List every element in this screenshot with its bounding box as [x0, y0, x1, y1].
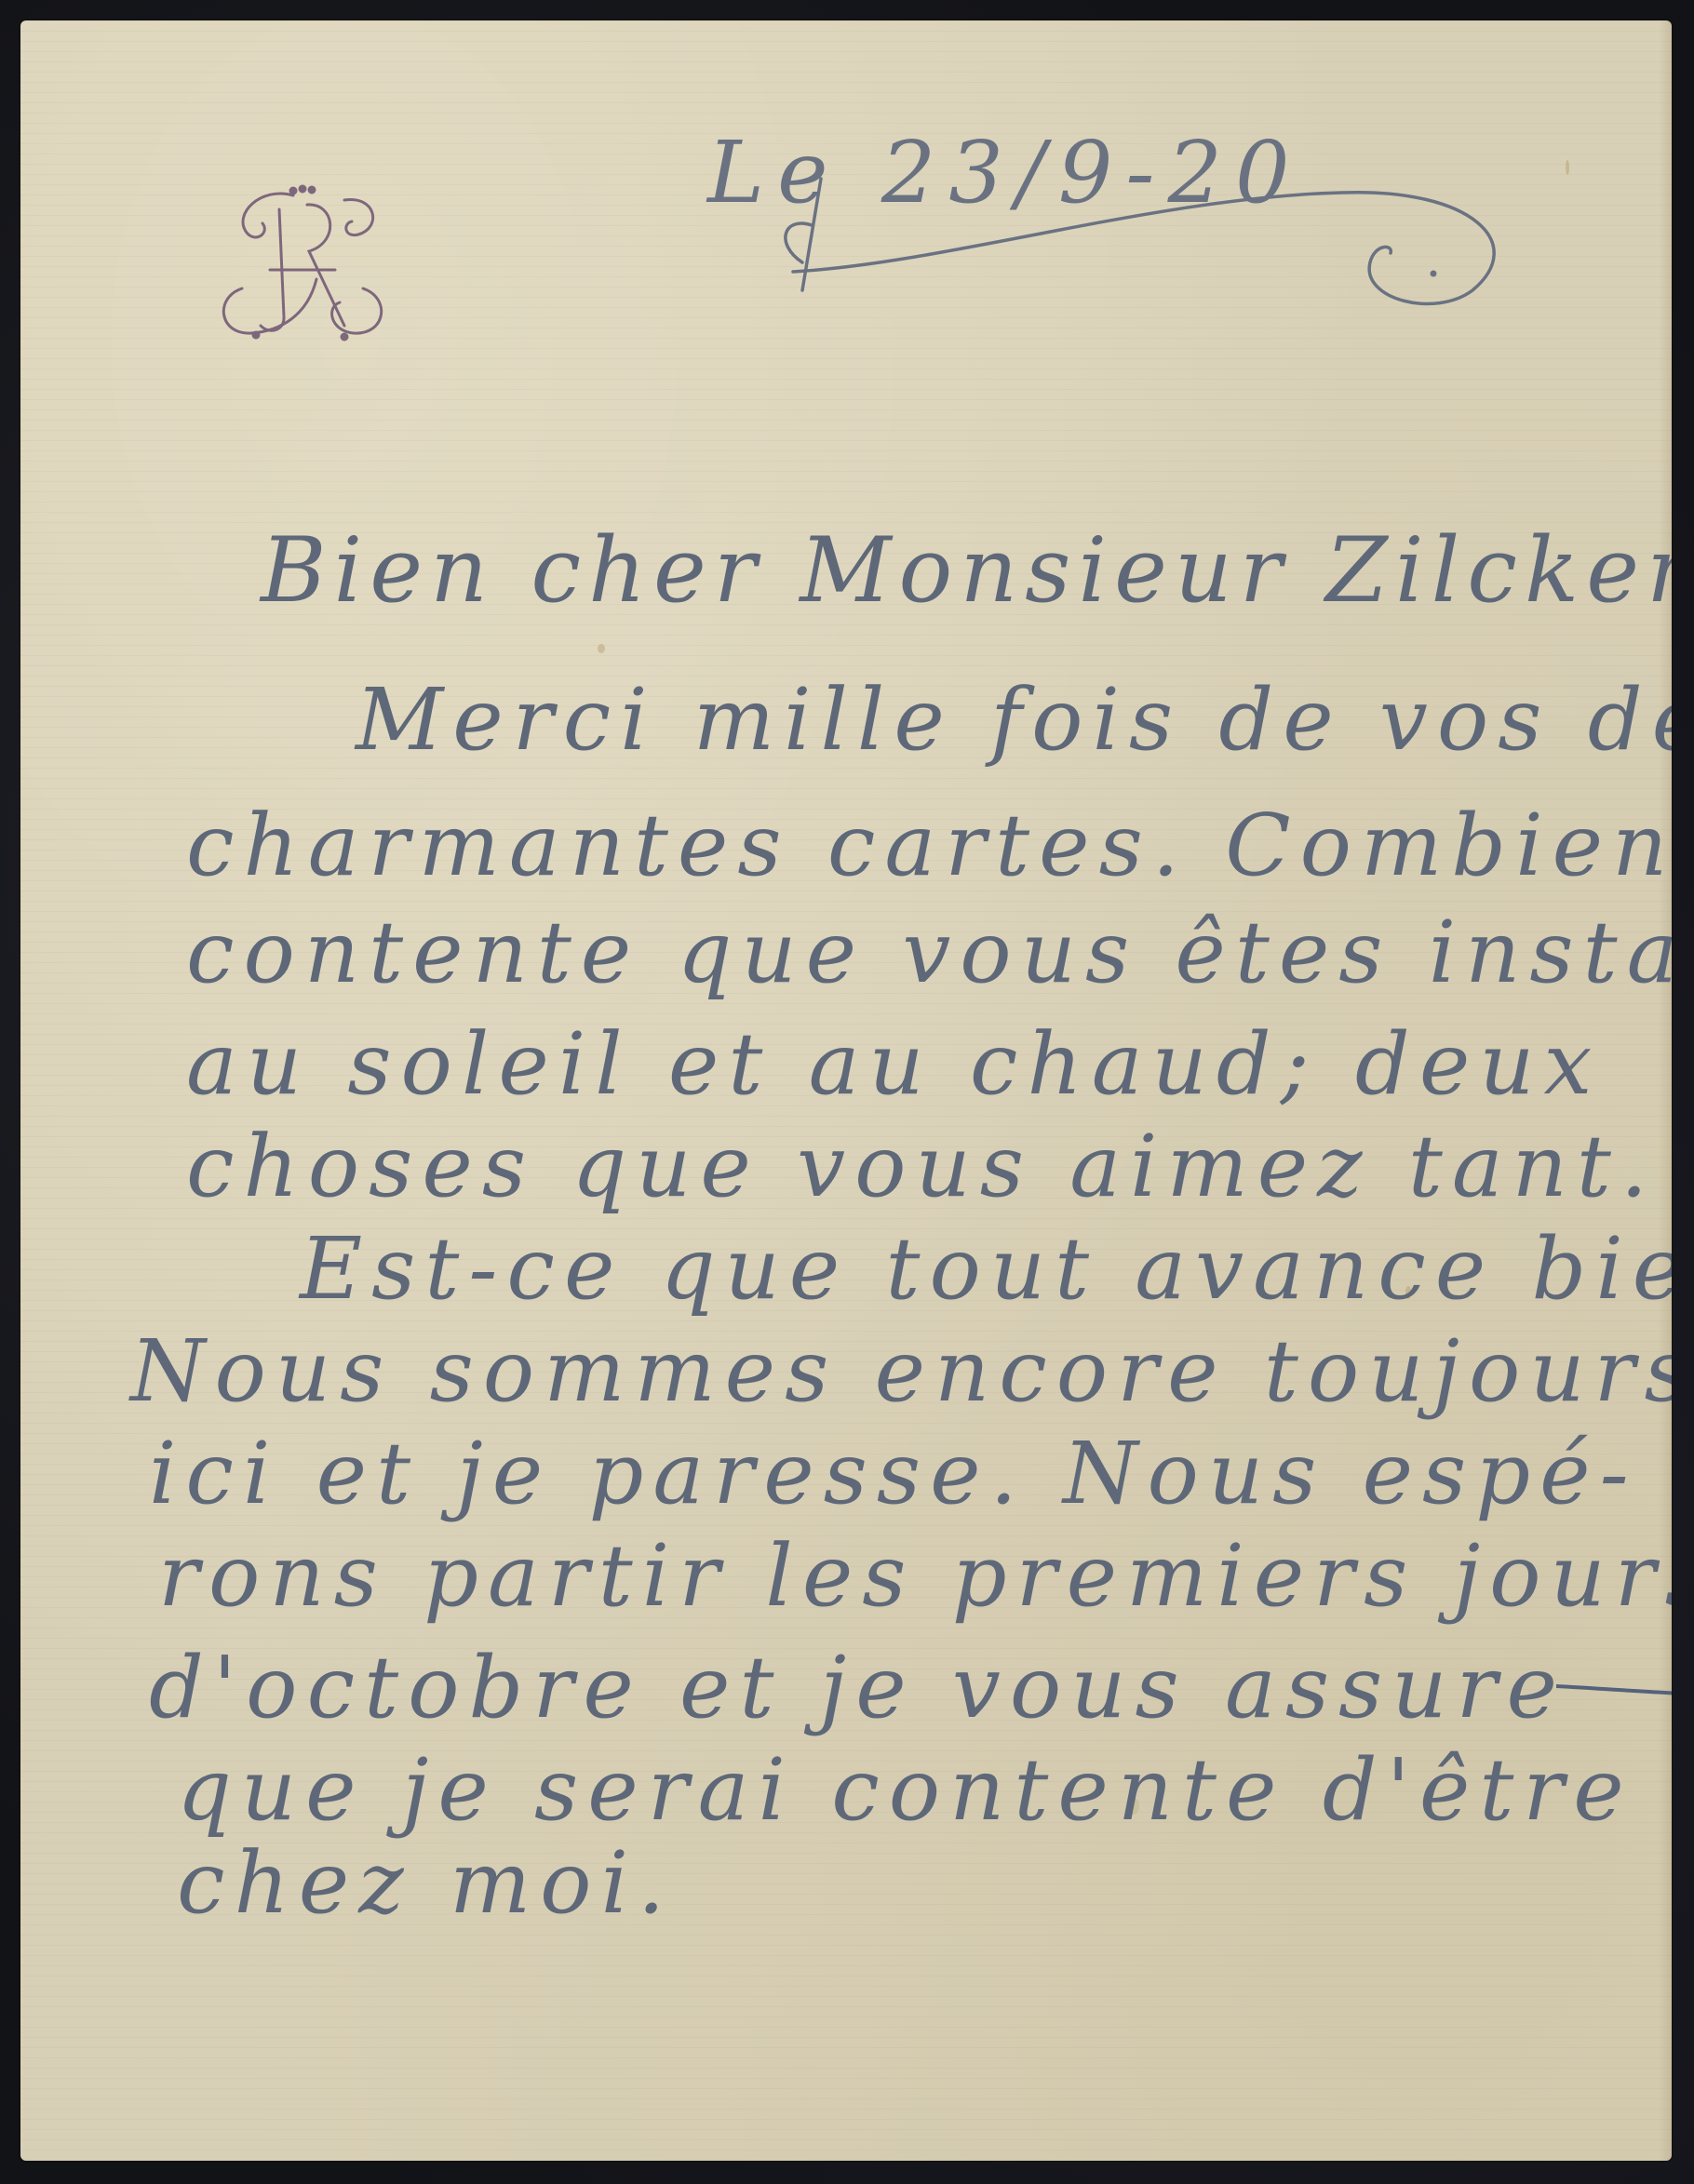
letter-body-line: rons partir les premiers jours — [158, 1526, 1672, 1626]
letter-body-line: charmantes cartes. Combien je suis — [186, 796, 1672, 895]
monogram-letterhead — [205, 177, 400, 349]
letter-body-line: choses que vous aimez tant. — [186, 1117, 1657, 1216]
monogram-flourish-icon — [205, 177, 400, 349]
letter-body-line: ici et je paresse. Nous espé- — [149, 1424, 1638, 1523]
letter-body-line: que je serai contente d'être — [177, 1740, 1633, 1840]
document-scan: Le 23/9-20 Bien cher Monsieur Zilcken. M… — [0, 0, 1694, 2184]
date-underline-flourish-icon — [765, 160, 1566, 328]
letter-body-line: d'octobre et je vous assure — [149, 1638, 1566, 1737]
letter-body-line: contente que vous êtes installé — [186, 903, 1672, 1002]
letter-body-line: chez moi. — [177, 1833, 674, 1933]
paper-edge-shading — [1659, 20, 1672, 2161]
paper-stain — [1566, 160, 1569, 175]
letter-body-line: Nous sommes encore toujours — [130, 1321, 1672, 1421]
ink-stroke-icon — [1556, 1668, 1672, 1705]
letter-body-line: Merci mille fois de vos deux — [356, 670, 1672, 770]
paper-stain — [598, 644, 605, 653]
letter-body-line: au soleil et au chaud; deux — [186, 1014, 1601, 1114]
letter-salutation: Bien cher Monsieur Zilcken. — [261, 518, 1672, 623]
letter-paper: Le 23/9-20 Bien cher Monsieur Zilcken. M… — [20, 20, 1672, 2161]
letter-body-line: Est-ce que tout avance bien — [300, 1219, 1672, 1319]
